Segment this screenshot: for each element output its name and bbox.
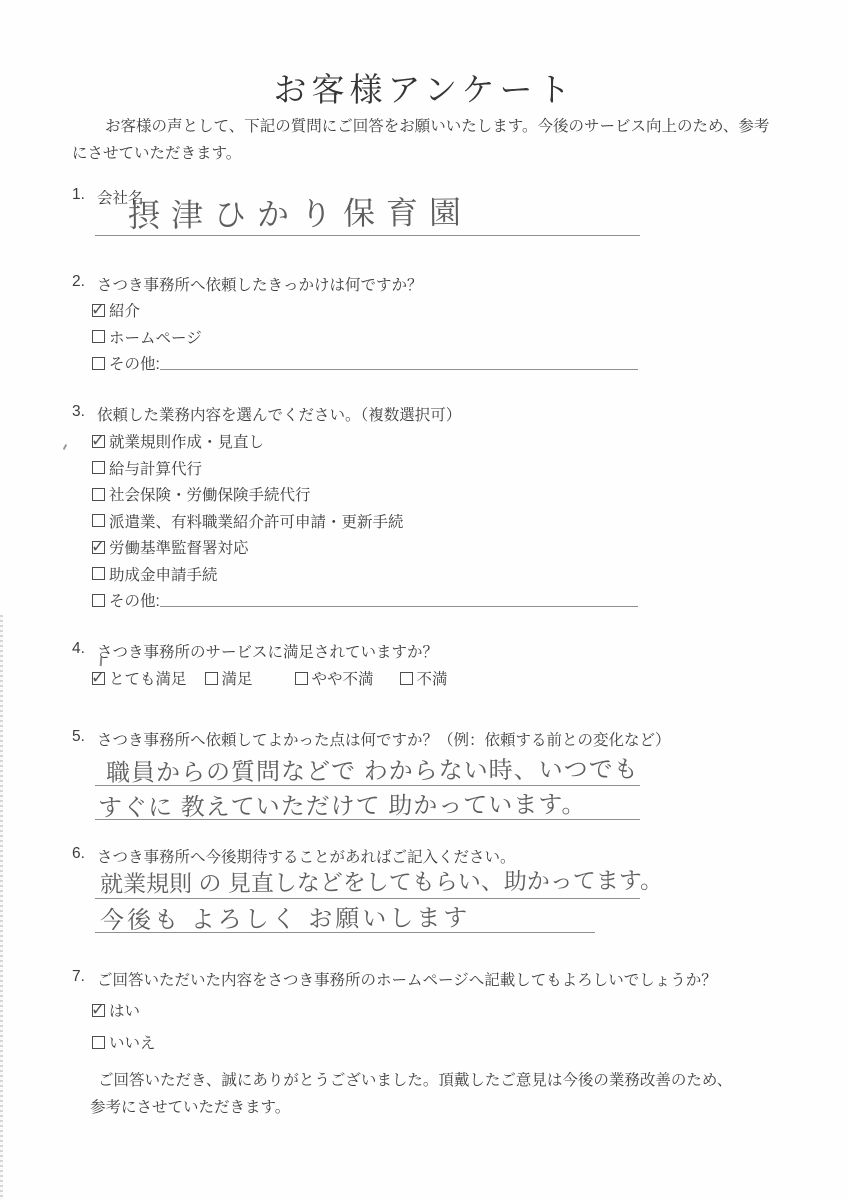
question-2: 2. さつき事務所へ依頼したきっかけは何ですか？ — [72, 273, 423, 295]
q2-option-referral: ✓ 紹介 — [92, 297, 638, 324]
q1-handwritten-answer: 摂津ひかり保育園 — [128, 187, 472, 237]
question-3: 3. 依頼した業務内容を選んでください。（複数選択可） — [72, 403, 461, 425]
q5-handwritten-line-2: すぐに 教えていただけて 助かっています。 — [98, 784, 587, 822]
q3-checkbox-insurance — [92, 488, 105, 501]
q3-text: 依頼した業務内容を選んでください。（複数選択可） — [97, 403, 461, 425]
q2-checkbox-other — [92, 357, 105, 370]
q4-option-very-satisfied: ✓ とても満足 — [92, 665, 187, 692]
closing-message: ご回答いただき、誠にありがとうございました。頂戴したご意見は今後の業務改善のため… — [90, 1067, 745, 1121]
q3-checkbox-payroll — [92, 461, 105, 474]
q4-option-label-very-satisfied: とても満足 — [109, 667, 187, 689]
q2-other-line — [160, 356, 638, 370]
q5-text: さつき事務所へ依頼してよかった点は何ですか？（例：依頼する前との変化など） — [97, 728, 671, 750]
q6-number: 6. — [72, 845, 97, 867]
q5-number: 5. — [72, 728, 97, 750]
q3-other-line — [160, 593, 638, 607]
q3-option-labor-bureau: ✓ 労働基準監督署対応 — [92, 534, 638, 561]
q7-option-label-yes: はい — [109, 999, 140, 1021]
q3-checkbox-dispatch — [92, 514, 105, 527]
q2-checkbox-referral: ✓ — [92, 304, 105, 317]
q4-option-label-satisfied: 満足 — [222, 667, 253, 689]
q3-option-payroll: 給与計算代行 — [92, 455, 638, 482]
q5-answer-line-2 — [95, 819, 640, 820]
q2-option-label-referral: 紹介 — [109, 299, 140, 321]
q4-option-somewhat-dissatisfied: やや不満 — [295, 665, 374, 692]
question-4: 4. さつき事務所のサービスに満足されていますか？ — [72, 640, 438, 662]
q3-option-other: その他: — [92, 587, 638, 614]
q1-number: 1. — [72, 186, 97, 208]
q4-checkbox-satisfied — [205, 672, 218, 685]
q2-checkbox-homepage — [92, 330, 105, 343]
q2-options: ✓ 紹介 ホームページ その他: — [92, 297, 638, 377]
q6-answer-line-2 — [95, 932, 595, 933]
q3-option-subsidy: 助成金申請手続 — [92, 561, 638, 588]
q5-handwritten-line-1: 職員からの質問などで わからない時、いつでも — [106, 749, 639, 788]
q7-checkbox-no — [92, 1036, 105, 1049]
q7-number: 7. — [72, 968, 97, 990]
q3-option-dispatch: 派遣業、有料職業紹介許可申請・更新手続 — [92, 508, 638, 535]
q4-checkbox-very-satisfied: ✓ — [92, 672, 105, 685]
q7-option-yes: ✓ はい — [92, 994, 156, 1026]
question-7: 7. ご回答いただいた内容をさつき事務所のホームページへ記載してもよろしいでしょ… — [72, 968, 717, 990]
q3-option-label-work-rules: 就業規則作成・見直し — [109, 430, 264, 452]
form-title: お客様アンケート — [0, 64, 849, 111]
q4-checkbox-dissatisfied — [400, 672, 413, 685]
q7-option-label-no: いいえ — [109, 1031, 156, 1053]
q3-option-label-labor-bureau: 労働基準監督署対応 — [109, 536, 249, 558]
q3-checkbox-subsidy — [92, 567, 105, 580]
q3-checkbox-work-rules: ✓ — [92, 435, 105, 448]
q4-options: ✓ とても満足 満足 やや不満 不満 — [92, 665, 448, 692]
q3-option-label-subsidy: 助成金申請手続 — [109, 563, 218, 585]
q7-checkbox-yes: ✓ — [92, 1004, 105, 1017]
q3-options: ✓ 就業規則作成・見直し 給与計算代行 社会保険・労働保険手続代行 派遣業、有料… — [92, 428, 638, 614]
q4-option-label-somewhat-dissatisfied: やや不満 — [312, 667, 374, 689]
q3-option-label-payroll: 給与計算代行 — [109, 457, 202, 479]
q6-handwritten-line-1: 就業規則 の 見直しなどをしてもらい、助かってます。 — [100, 862, 663, 899]
q3-checkbox-other — [92, 594, 105, 607]
q3-option-label-other: その他: — [109, 589, 160, 611]
q2-text: さつき事務所へ依頼したきっかけは何ですか？ — [97, 273, 423, 295]
q4-number: 4. — [72, 640, 97, 662]
q4-option-dissatisfied: 不満 — [400, 665, 448, 692]
q4-option-satisfied: 満足 — [205, 665, 253, 692]
q3-option-label-dispatch: 派遣業、有料職業紹介許可申請・更新手続 — [109, 510, 404, 532]
q1-answer-line — [95, 235, 640, 236]
q4-checkbox-somewhat-dissatisfied — [295, 672, 308, 685]
q2-option-label-other: その他: — [109, 352, 160, 374]
scan-edge-artifact — [0, 615, 3, 1200]
q2-option-other: その他: — [92, 350, 638, 377]
q2-option-homepage: ホームページ — [92, 324, 638, 351]
question-5: 5. さつき事務所へ依頼してよかった点は何ですか？（例：依頼する前との変化など） — [72, 728, 671, 750]
q3-checkbox-labor-bureau: ✓ — [92, 541, 105, 554]
q3-option-insurance: 社会保険・労働保険手続代行 — [92, 481, 638, 508]
q7-options: ✓ はい いいえ — [92, 994, 156, 1058]
scanned-survey-form: お客様アンケート お客様の声として、下記の質問にご回答をお願いいたします。今後の… — [0, 0, 849, 1200]
q3-number: 3. — [72, 403, 97, 425]
q7-text: ご回答いただいた内容をさつき事務所のホームページへ記載してもよろしいでしょうか？ — [97, 968, 717, 990]
q2-number: 2. — [72, 273, 97, 295]
stray-pen-mark — [63, 444, 68, 450]
q4-option-label-dissatisfied: 不満 — [417, 667, 448, 689]
q3-option-label-insurance: 社会保険・労働保険手続代行 — [109, 483, 311, 505]
intro-paragraph: お客様の声として、下記の質問にご回答をお願いいたします。今後のサービス向上のため… — [72, 113, 777, 167]
q4-text: さつき事務所のサービスに満足されていますか？ — [97, 640, 438, 662]
q2-option-label-homepage: ホームページ — [109, 326, 202, 348]
q7-option-no: いいえ — [92, 1026, 156, 1058]
q6-handwritten-line-2: 今後も よろしく お願いします — [100, 898, 471, 936]
q3-option-work-rules: ✓ 就業規則作成・見直し — [92, 428, 638, 455]
